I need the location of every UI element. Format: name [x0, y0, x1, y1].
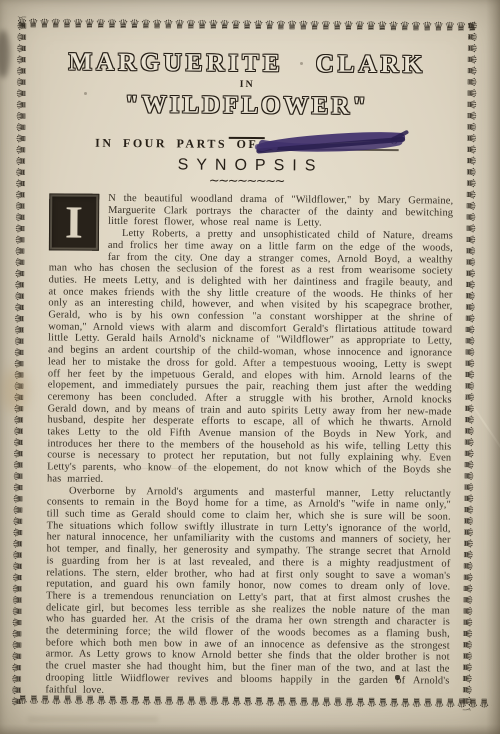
- paper-speck: [468, 36, 471, 39]
- paper-stain-center: [225, 300, 285, 390]
- drop-cap: I: [49, 193, 99, 250]
- paper-smudge-bottom: [28, 716, 158, 722]
- parts-line-label: IN FOUR PARTS OF: [95, 136, 258, 151]
- paper-crease-middle: [60, 468, 280, 469]
- ink-scribble: [254, 126, 411, 161]
- paper-speck: [84, 92, 87, 95]
- scanned-synopsis-page: ♛♛♛♛♛♛♛♛♛♛♛♛♛♛♛♛♛♛♛♛♛♛♛♛♛♛♛♛♛♛♛♛♛♛♛♛♛♛♛♛…: [0, 0, 500, 734]
- synopsis-paragraph-1: N the beautiful woodland drama of "Wildf…: [49, 192, 453, 230]
- parts-line: IN FOUR PARTS OF S: [16, 129, 478, 157]
- ornamental-border-top: ♛♛♛♛♛♛♛♛♛♛♛♛♛♛♛♛♛♛♛♛♛♛♛♛♛♛♛♛♛♛♛♛♛♛♛♛♛♛♛♛…: [17, 16, 475, 35]
- redacted-text-area: S: [260, 131, 398, 156]
- wavy-underline: ~~~~~~~~: [15, 172, 477, 191]
- star-name-title: MARGUERITE CLARK: [16, 48, 478, 80]
- ink-speck-bottom-right: [395, 675, 400, 680]
- in-word: IN: [16, 77, 478, 92]
- ornamental-border-right: ♛♛♛♛♛♛♛♛♛♛♛♛♛♛♛♛♛♛♛♛♛♛♛♛♛♛♛♛♛♛♛♛♛♛♛♛♛♛♛♛…: [459, 20, 479, 710]
- photo-edge-shadow-bottom: [0, 724, 500, 734]
- paper-speck: [300, 62, 303, 65]
- synopsis-body: I N the beautiful woodland drama of "Wil…: [45, 192, 453, 698]
- paper-stain-left: [2, 368, 28, 412]
- header: MARGUERITE CLARK IN "WILDFLOWER" IN FOUR…: [17, 0, 479, 2]
- ornamental-border-left: ♛♛♛♛♛♛♛♛♛♛♛♛♛♛♛♛♛♛♛♛♛♛♛♛♛♛♛♛♛♛♛♛♛♛♛♛♛♛♛♛…: [10, 17, 30, 707]
- synopsis-paragraph-3: Overborne by Arnold's arguments and mast…: [45, 485, 451, 699]
- photo-edge-shadow-right: [486, 0, 500, 734]
